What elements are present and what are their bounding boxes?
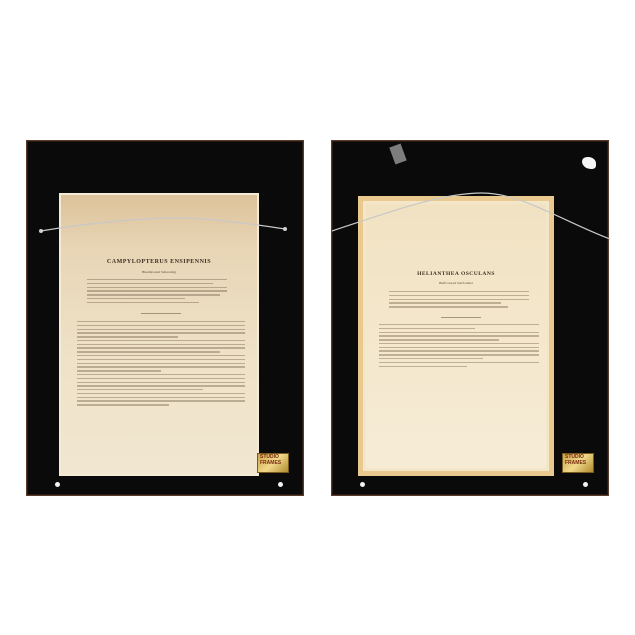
mounting-hole xyxy=(360,482,365,487)
studio-frames-label: STUDIO FRAMES xyxy=(562,453,594,473)
hanging-wire xyxy=(332,141,610,497)
mounting-hole xyxy=(55,482,60,487)
frame-left: CAMPYLOPTERUS ENSIPENNIS Bluethroated Sa… xyxy=(26,140,304,496)
mounting-hole xyxy=(278,482,283,487)
frame-right: HELIANTHEA OSCULANS Buffcolored Starfron… xyxy=(331,140,609,496)
hanging-wire xyxy=(27,141,305,497)
studio-frames-label: STUDIO FRAMES xyxy=(257,453,289,473)
mounting-hole xyxy=(583,482,588,487)
